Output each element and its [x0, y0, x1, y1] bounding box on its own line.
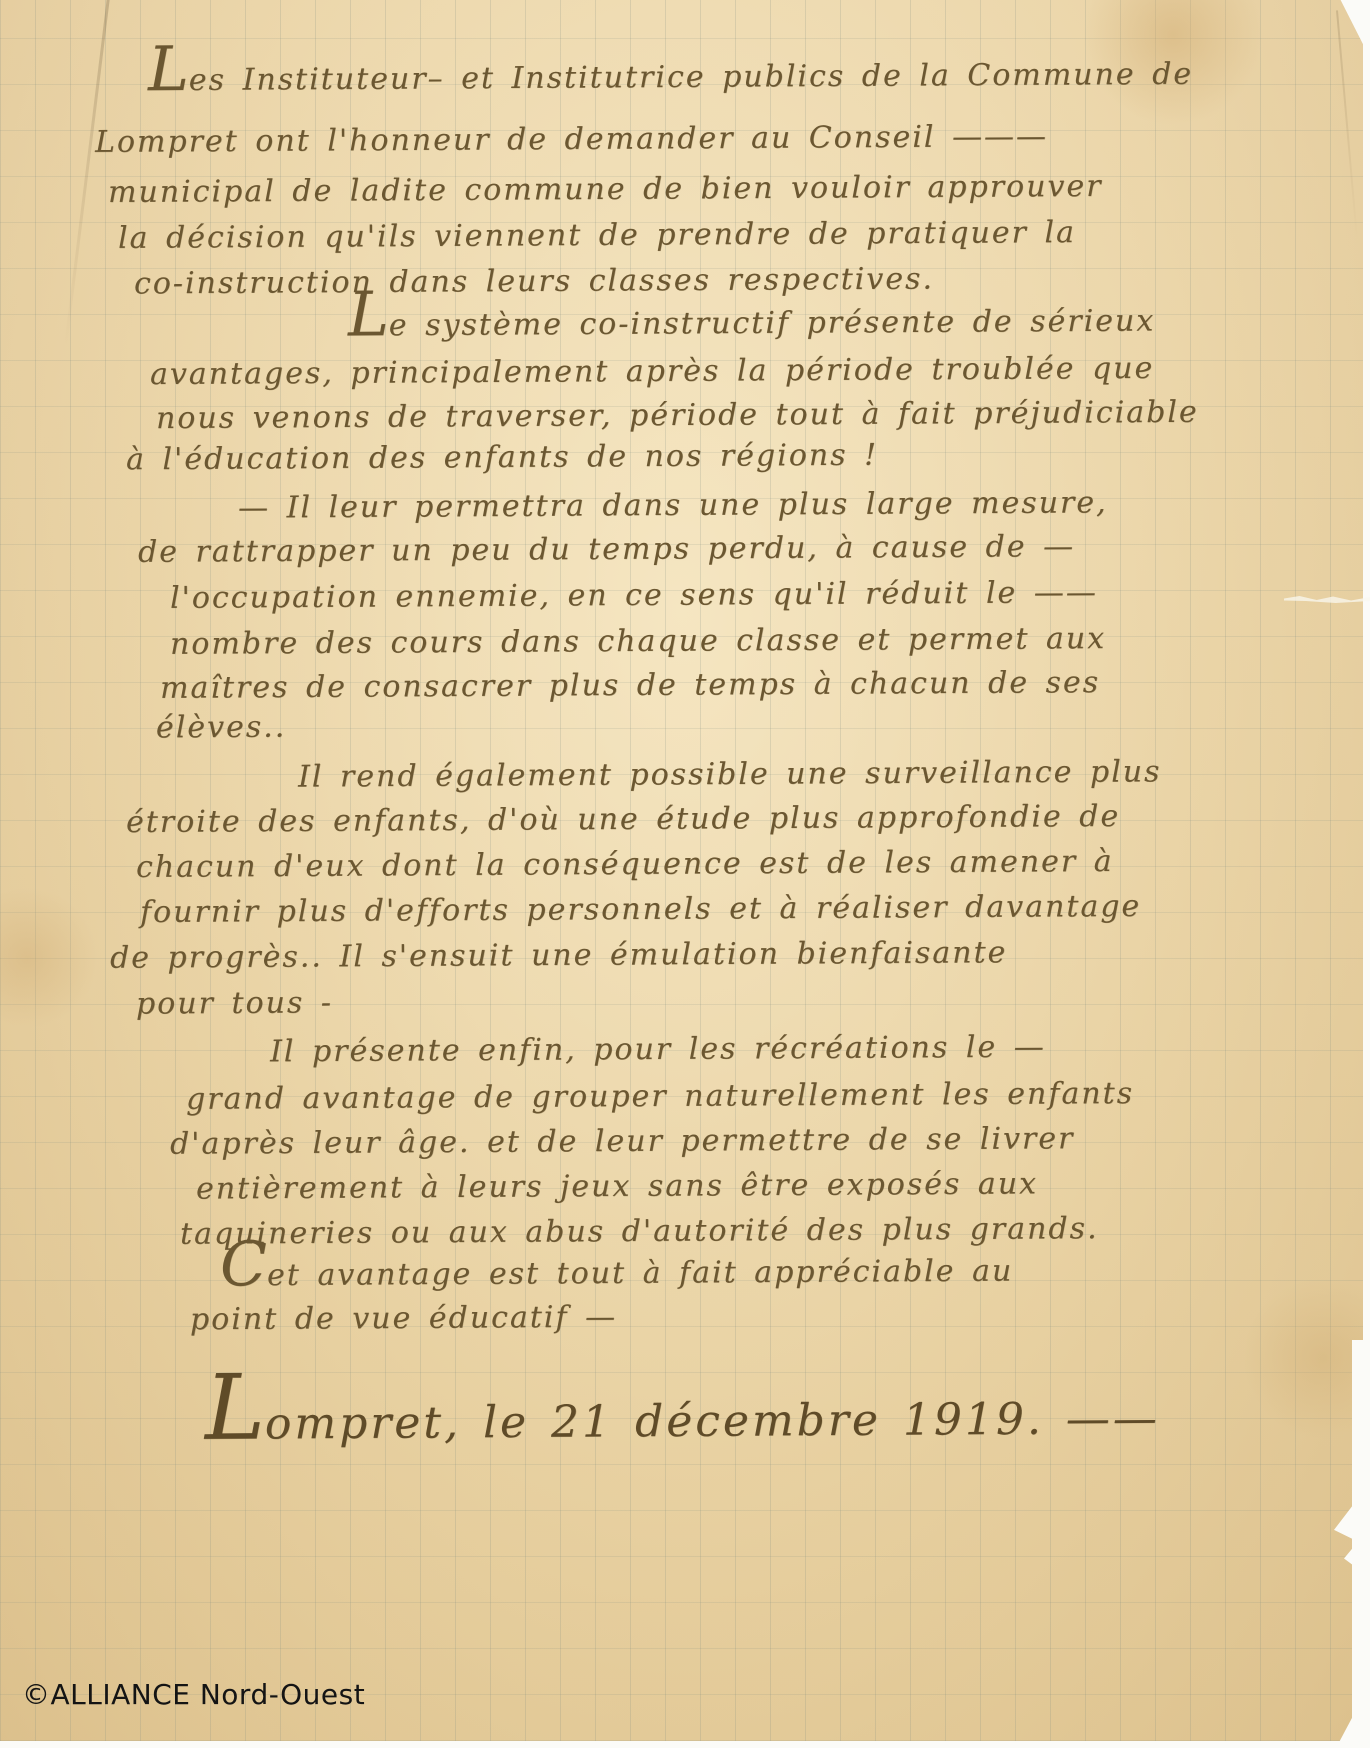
scan-edge-right — [1363, 0, 1370, 1345]
scan-edge-bottom — [0, 1741, 1370, 1748]
letter-line: — Il leur permettra dans une plus large … — [238, 485, 1108, 525]
letter-line: fournir plus d'efforts personnels et à r… — [140, 889, 1141, 930]
letter-line: étroite des enfants, d'où une étude plus… — [126, 799, 1120, 840]
letter-line: de progrès.. Il s'ensuit une émulation b… — [110, 935, 1008, 975]
letter-line: entièrement à leurs jeux sans être expos… — [196, 1166, 1038, 1206]
letter-line: chacun d'eux dont la conséquence est de … — [136, 844, 1114, 885]
watermark-credit: ©ALLIANCE Nord-Ouest — [22, 1678, 365, 1711]
letter-line: à l'éducation des enfants de nos régions… — [126, 438, 878, 478]
letter-line: nous venons de traverser, période tout à… — [156, 395, 1199, 436]
letter-line: municipal de ladite commune de bien voul… — [108, 169, 1103, 210]
letter-line: Il rend également possible une surveilla… — [298, 754, 1162, 794]
letter-line: Le système co-instructif présente de sér… — [348, 304, 1155, 344]
letter-line: d'après leur âge. et de leur permettre d… — [170, 1121, 1075, 1162]
letter-line: Il présente enfin, pour les récréations … — [270, 1030, 1046, 1070]
letter-line: point de vue éducatif — — [190, 1300, 617, 1338]
letter-line: avantages, principalement après la pério… — [150, 351, 1155, 392]
letter-line: l'occupation ennemie, en ce sens qu'il r… — [170, 575, 1098, 616]
letter-line: co-instruction dans leurs classes respec… — [134, 262, 934, 302]
letter-line: nombre des cours dans chaque classe et p… — [170, 621, 1106, 662]
letter-line: maîtres de consacrer plus de temps à cha… — [160, 665, 1100, 706]
letter-line: Cet avantage est tout à fait appréciable… — [220, 1254, 1013, 1294]
letter-line: Les Instituteur– et Institutrice publics… — [148, 57, 1193, 98]
letter-line: la décision qu'ils viennent de prendre d… — [118, 215, 1076, 256]
letter-line: Lompret ont l'honneur de demander au Con… — [95, 119, 1048, 160]
letter-line: élèves.. — [156, 710, 286, 746]
letter-line: de rattrapper un peu du temps perdu, à c… — [138, 529, 1075, 570]
dateline: Lompret, le 21 décembre 1919. —— — [205, 1393, 1160, 1450]
letter-line: grand avantage de grouper naturellement … — [186, 1076, 1134, 1117]
letter-line: taquineries ou aux abus d'autorité des p… — [180, 1211, 1099, 1252]
letter-line: pour tous - — [136, 985, 333, 1021]
